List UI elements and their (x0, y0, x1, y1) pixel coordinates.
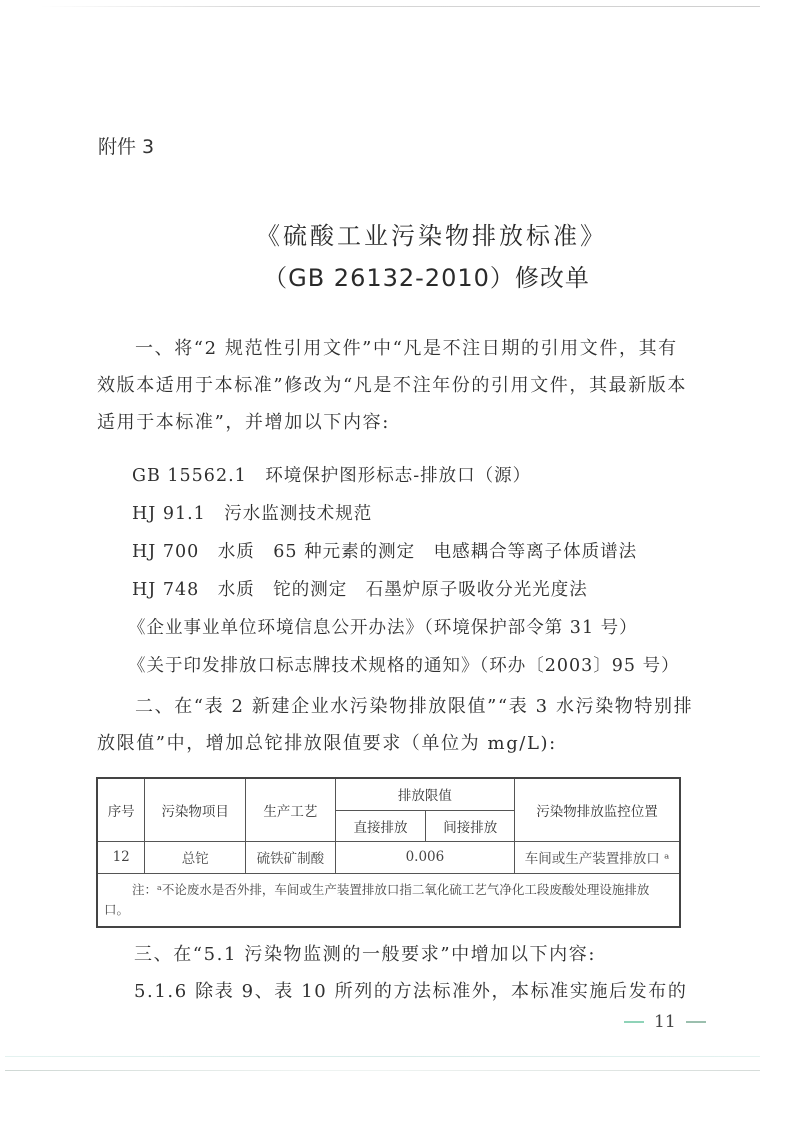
header-indirect: 间接排放 (426, 810, 515, 841)
header-location: 污染物排放监控位置 (515, 778, 680, 841)
section-3-paragraph: 三、在“5.1 污染物监测的一般要求”中增加以下内容: (134, 940, 596, 966)
header-no: 序号 (97, 778, 145, 841)
section-2-paragraph: 二、在“表 2 新建企业水污染物排放限值”“表 3 水污染物特别排放限值”中，增… (97, 688, 697, 762)
cell-process: 硫铁矿制酸 (246, 841, 336, 873)
reference-item: HJ 700 水质 65 种元素的测定 电感耦合等离子体质谱法 (132, 538, 637, 563)
document-subtitle: （GB 26132-2010）修改单 (0, 258, 793, 293)
reference-item: HJ 748 水质 铊的测定 石墨炉原子吸收分光光度法 (132, 576, 588, 601)
section-1-paragraph: 一、将“2 规范性引用文件”中“凡是不注日期的引用文件，其有效版本适用于本标准”… (97, 330, 697, 441)
page-dash-right (686, 1021, 706, 1023)
page-dash-left (624, 1021, 644, 1023)
page-number-text: 11 (654, 1012, 676, 1032)
attachment-label: 附件 3 (98, 132, 154, 159)
reference-item: HJ 91.1 污水监测技术规范 (132, 500, 372, 525)
page-number: 11 (624, 1012, 706, 1032)
document-title: 《硫酸工业污染物排放标准》 (0, 216, 793, 251)
cell-no: 12 (97, 841, 145, 873)
reference-item: 《企业事业单位环境信息公开办法》（环境保护部令第 31 号） (128, 614, 638, 639)
reference-item: 《关于印发排放口标志牌技术规格的通知》（环办〔2003〕95 号） (128, 652, 680, 677)
header-limit: 排放限值 (335, 778, 514, 810)
cell-pollutant: 总铊 (145, 841, 246, 873)
scan-edge-top (40, 6, 760, 7)
reference-item: GB 15562.1 环境保护图形标志-排放口（源） (132, 462, 531, 487)
scan-edge-bottom (5, 1070, 760, 1071)
scan-edge-bottom (5, 1056, 760, 1057)
cell-location: 车间或生产装置排放口 ᵃ (515, 841, 680, 873)
section-3-line: 5.1.6 除表 9、表 10 所列的方法标准外，本标准实施后发布的 (134, 977, 687, 1003)
header-pollutant: 污染物项目 (145, 778, 246, 841)
header-direct: 直接排放 (335, 810, 426, 841)
table-row: 12 总铊 硫铁矿制酸 0.006 车间或生产装置排放口 ᵃ (97, 841, 680, 873)
cell-limit: 0.006 (335, 841, 514, 873)
table-note: 注：ᵃ不论废水是否外排，车间或生产装置排放口指二氧化硫工艺气净化工段废酸处理设施… (97, 873, 680, 927)
emission-limits-table: 序号 污染物项目 生产工艺 排放限值 污染物排放监控位置 直接排放 间接排放 1… (96, 777, 681, 928)
header-process: 生产工艺 (246, 778, 336, 841)
